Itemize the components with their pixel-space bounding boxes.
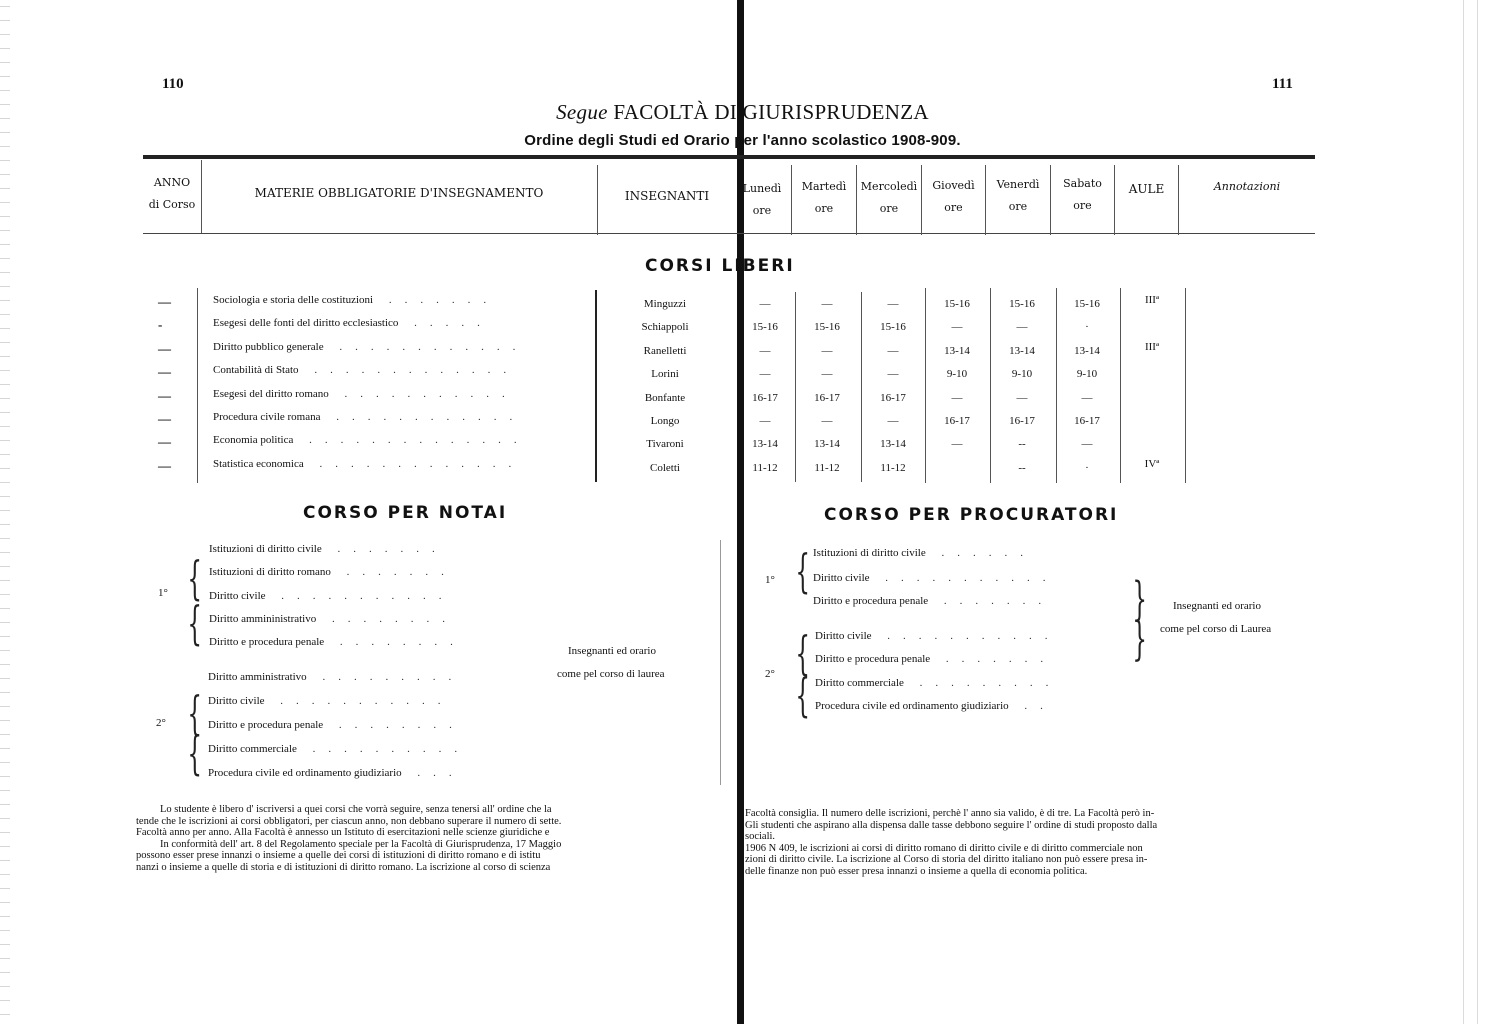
body-divider <box>795 292 796 482</box>
day-unit: ore <box>742 200 782 222</box>
notai-subject-year2: Diritto commerciale .......... <box>208 743 470 755</box>
subject-label: Istituzioni di diritto civile <box>209 543 322 555</box>
notai-note-line1: Insegnanti ed orario <box>568 645 656 657</box>
materia-cell: Sociologia e storia delle costituzioni .… <box>213 294 499 306</box>
materia-label: Procedura civile romana <box>213 411 321 423</box>
col-header-sabato: Sabato ore <box>1051 173 1114 217</box>
leader-dots: ........... <box>265 695 454 707</box>
hour-cell-mer: 11-12 <box>863 462 923 474</box>
hour-cell-mar: — <box>797 415 857 427</box>
col-header-aule: AULE <box>1115 178 1178 200</box>
body-divider <box>1056 288 1057 483</box>
hour-cell-mar: 15-16 <box>797 321 857 333</box>
notai-subject-year2: Procedura civile ed ordinamento giudizia… <box>208 767 465 779</box>
footnote-line: Gli studenti che aspirano alla dispensa … <box>745 820 1157 831</box>
subject-label: Diritto commerciale <box>208 743 297 755</box>
anno-cell: — <box>158 411 171 427</box>
day-unit: ore <box>792 198 856 220</box>
col-header-insegnanti: INSEGNANTI <box>597 185 737 207</box>
leader-dots: .............. <box>293 434 529 446</box>
hour-cell-gio: — <box>927 321 987 333</box>
procuratori-subject-year2: Procedura civile ed ordinamento giudizia… <box>815 700 1056 712</box>
leader-dots: ...... <box>926 547 1036 559</box>
footnote-line: sociali. <box>745 831 775 842</box>
subject-label: Diritto amministrativo <box>208 671 307 683</box>
procuratori-note-line2: come pel corso di Laurea <box>1160 623 1271 635</box>
leader-dots: ......... <box>904 677 1062 689</box>
leader-dots: ........... <box>872 630 1061 642</box>
hour-cell-gio: 15-16 <box>927 298 987 310</box>
notai-subject-year2: Diritto amministrativo ......... <box>208 671 464 683</box>
body-divider <box>861 292 862 482</box>
leader-dots: ........ <box>323 719 465 731</box>
hour-cell-lun: 13-14 <box>735 438 795 450</box>
footnote-line: Facoltà consiglia. Il numero delle iscri… <box>745 808 1154 819</box>
materia-cell: Procedura civile romana ............ <box>213 411 525 423</box>
col-header-venerdi: Venerdì ore <box>986 174 1050 218</box>
notai-subject-year1: Diritto e procedura penale ........ <box>209 636 466 648</box>
day-name: Lunedì <box>742 178 782 200</box>
materia-label: Esegesi delle fonti del diritto ecclesia… <box>213 317 398 329</box>
brace-icon: { <box>187 555 202 601</box>
day-name: Venerdì <box>986 174 1050 196</box>
leader-dots: ....... <box>930 653 1056 665</box>
leader-dots: ........... <box>266 590 455 602</box>
subject-label: Diritto e procedura penale <box>813 595 928 607</box>
body-divider <box>990 288 991 483</box>
insegnante-cell: Bonfante <box>630 392 700 404</box>
insegnante-cell: Minguzzi <box>630 298 700 310</box>
materia-cell: Esegesi del diritto romano ........... <box>213 388 518 400</box>
day-name: Sabato <box>1051 173 1114 195</box>
leader-dots: ....... <box>928 595 1054 607</box>
materia-label: Sociologia e storia delle costituzioni <box>213 294 373 306</box>
leader-dots: ............. <box>299 364 520 376</box>
col-header-mercoledi: Mercoledì ore <box>857 176 921 220</box>
hour-cell-ven: -- <box>992 438 1052 450</box>
day-name: Mercoledì <box>857 176 921 198</box>
leader-dots: ....... <box>331 566 457 578</box>
insegnante-cell: Tivaroni <box>630 438 700 450</box>
leader-dots: ........ <box>324 636 466 648</box>
hour-cell-gio: — <box>927 392 987 404</box>
hour-cell-ven: 15-16 <box>992 298 1052 310</box>
hour-cell-mer: — <box>863 415 923 427</box>
leader-dots: ....... <box>373 294 499 306</box>
hour-cell-mer: — <box>863 298 923 310</box>
materia-label: Economia politica <box>213 434 293 446</box>
hour-cell-mer: 16-17 <box>863 392 923 404</box>
subject-label: Procedura civile ed ordinamento giudizia… <box>208 767 402 779</box>
leader-dots: .......... <box>297 743 470 755</box>
procuratori-year2-label: 2° <box>765 668 775 680</box>
hour-cell-sab: · <box>1057 321 1117 333</box>
brace-icon: { <box>795 672 810 718</box>
day-unit: ore <box>1051 195 1114 217</box>
hour-cell-mer: 13-14 <box>863 438 923 450</box>
col-header-anno: ANNO di Corso <box>143 172 201 216</box>
body-divider <box>197 288 198 483</box>
hour-cell-sab: 15-16 <box>1057 298 1117 310</box>
hour-cell-lun: — <box>735 368 795 380</box>
body-divider <box>925 288 926 483</box>
page-number-left: 110 <box>162 76 184 93</box>
materia-label: Diritto pubblico generale <box>213 341 324 353</box>
aula-cell: IIIª <box>1122 341 1182 353</box>
anno-cell: — <box>158 341 171 357</box>
notai-subject-year2: Diritto e procedura penale ........ <box>208 719 465 731</box>
hour-cell-mer: 15-16 <box>863 321 923 333</box>
hour-cell-gio: — <box>927 438 987 450</box>
hour-cell-mar: 13-14 <box>797 438 857 450</box>
subject-label: Diritto e procedura penale <box>815 653 930 665</box>
procuratori-subject-year2: Diritto commerciale ......... <box>815 677 1061 689</box>
anno-cell: — <box>158 434 171 450</box>
hour-cell-mer: — <box>863 368 923 380</box>
hour-cell-mar: — <box>797 345 857 357</box>
subject-label: Procedura civile ed ordinamento giudizia… <box>815 700 1009 712</box>
subject-label: Diritto e procedura penale <box>209 636 324 648</box>
section-title-corsi-liberi: CORSI LIBERI <box>645 256 795 276</box>
anno-label: ANNO <box>143 172 201 194</box>
header-divider <box>1114 165 1115 235</box>
procuratori-note-line1: Insegnanti ed orario <box>1173 600 1261 612</box>
body-divider <box>1185 288 1186 483</box>
hour-cell-gio: 9-10 <box>927 368 987 380</box>
col-header-giovedi: Giovedì ore <box>922 175 985 219</box>
materia-cell: Contabilità di Stato ............. <box>213 364 519 376</box>
day-unit: ore <box>922 197 985 219</box>
subject-label: Diritto civile <box>208 695 265 707</box>
footnote-line: zioni di diritto civile. La iscrizione a… <box>745 854 1147 865</box>
insegnante-cell: Longo <box>630 415 700 427</box>
hour-cell-lun: 16-17 <box>735 392 795 404</box>
aula-cell: IIIª <box>1122 294 1182 306</box>
hour-cell-ven: 13-14 <box>992 345 1052 357</box>
section-title-corso-procuratori: CORSO PER PROCURATORI <box>824 505 1118 525</box>
hour-cell-sab: 16-17 <box>1057 415 1117 427</box>
procuratori-subject-year1: Istituzioni di diritto civile ...... <box>813 547 1036 559</box>
materia-cell: Diritto pubblico generale ............ <box>213 341 528 353</box>
leader-dots: ............. <box>304 458 525 470</box>
page-number-right: 111 <box>1272 76 1293 93</box>
leader-dots: ............ <box>324 341 529 353</box>
subject-label: Diritto civile <box>813 572 870 584</box>
leader-dots: ........... <box>870 572 1059 584</box>
hour-cell-mar: 16-17 <box>797 392 857 404</box>
materia-cell: Statistica economica ............. <box>213 458 524 470</box>
right-page-edge <box>1455 0 1485 1024</box>
anno-cell: — <box>158 364 171 380</box>
footnote-line: Facoltà anno per anno. Alla Facoltà è an… <box>136 827 549 838</box>
hour-cell-lun: 11-12 <box>735 462 795 474</box>
procuratori-year1-label: 1° <box>765 574 775 586</box>
subject-label: Diritto civile <box>209 590 266 602</box>
hour-cell-ven: — <box>992 321 1052 333</box>
hour-cell-mar: 11-12 <box>797 462 857 474</box>
hour-cell-ven: 9-10 <box>992 368 1052 380</box>
materia-cell: Economia politica .............. <box>213 434 530 446</box>
hour-cell-sab: — <box>1057 392 1117 404</box>
day-unit: ore <box>986 196 1050 218</box>
subject-label: Istituzioni di diritto civile <box>813 547 926 559</box>
notai-subject-year1: Diritto civile ........... <box>209 590 455 602</box>
insegnante-cell: Coletti <box>630 462 700 474</box>
left-page-edge <box>0 0 10 1024</box>
hour-cell-ven: 16-17 <box>992 415 1052 427</box>
footnote-line: possono esser prese innanzi o insieme a … <box>136 850 540 861</box>
insegnante-cell: Schiappoli <box>630 321 700 333</box>
brace-icon: { <box>795 548 810 594</box>
anno-cell: - <box>158 317 162 333</box>
footnote-line: Lo studente è libero d' iscriversi a que… <box>160 804 552 815</box>
day-name: Martedì <box>792 176 856 198</box>
notai-divider <box>720 540 721 785</box>
brace-icon: { <box>187 730 202 776</box>
hour-cell-ven: -- <box>992 462 1052 474</box>
day-name: Giovedì <box>922 175 985 197</box>
notai-subject-year2: Diritto civile ........... <box>208 695 454 707</box>
leader-dots: ........... <box>329 388 518 400</box>
header-rule-bottom <box>143 233 1315 234</box>
brace-icon: { <box>1132 620 1147 666</box>
leader-dots: ........ <box>316 613 458 625</box>
col-header-materie: MATERIE OBBLIGATORIE D'INSEGNAMENTO <box>201 182 597 204</box>
hour-cell-sab: — <box>1057 438 1117 450</box>
subject-label: Diritto civile <box>815 630 872 642</box>
hour-cell-lun: — <box>735 415 795 427</box>
day-unit: ore <box>857 198 921 220</box>
procuratori-subject-year1: Diritto civile ........... <box>813 572 1059 584</box>
footnote-line: delle finanze non può esser presa innanz… <box>745 866 1087 877</box>
materia-label: Statistica economica <box>213 458 304 470</box>
hour-cell-gio: 16-17 <box>927 415 987 427</box>
notai-subject-year1: Istituzioni di diritto civile ....... <box>209 543 448 555</box>
hour-cell-lun: 15-16 <box>735 321 795 333</box>
notai-subject-year1: Istituzioni di diritto romano ....... <box>209 566 457 578</box>
hour-cell-sab: 13-14 <box>1057 345 1117 357</box>
hour-cell-ven: — <box>992 392 1052 404</box>
hour-cell-mer: — <box>863 345 923 357</box>
subject-label: Diritto e procedura penale <box>208 719 323 731</box>
insegnante-cell: Lorini <box>630 368 700 380</box>
notai-year2-label: 2° <box>156 717 166 729</box>
insegnante-cell: Ranelletti <box>630 345 700 357</box>
di-corso-label: di Corso <box>143 194 201 216</box>
notai-year1-label: 1° <box>158 587 168 599</box>
aula-cell: IVª <box>1122 458 1182 470</box>
header-rule-top <box>143 155 1315 159</box>
hour-cell-mar: — <box>797 298 857 310</box>
notai-subject-year1: Diritto ammininistrativo ........ <box>209 613 458 625</box>
brace-icon: { <box>187 600 202 646</box>
hour-cell-sab: 9-10 <box>1057 368 1117 380</box>
col-header-martedi: Martedì ore <box>792 176 856 220</box>
title-italic: Segue <box>556 100 608 124</box>
procuratori-subject-year1: Diritto e procedura penale ....... <box>813 595 1054 607</box>
leader-dots: ..... <box>398 317 493 329</box>
procuratori-subject-year2: Diritto e procedura penale ....... <box>815 653 1056 665</box>
footnote-line: tende che le iscrizioni ai corsi obbliga… <box>136 816 561 827</box>
materia-label: Esegesi del diritto romano <box>213 388 329 400</box>
subject-label: Diritto ammininistrativo <box>209 613 316 625</box>
anno-cell: — <box>158 458 171 474</box>
footnote-line: 1906 N 409, le iscrizioni ai corsi di di… <box>745 843 1143 854</box>
leader-dots: ... <box>402 767 465 779</box>
footnote-line: nanzi o insieme a quelle di storia e di … <box>136 862 550 873</box>
procuratori-subject-year2: Diritto civile ........... <box>815 630 1061 642</box>
subject-label: Istituzioni di diritto romano <box>209 566 331 578</box>
col-header-annotazioni: Annotazioni <box>1179 176 1315 198</box>
materia-cell: Esegesi delle fonti del diritto ecclesia… <box>213 317 493 329</box>
body-divider <box>1120 288 1121 483</box>
leader-dots: .. <box>1009 700 1056 712</box>
book-gutter <box>737 0 744 1024</box>
materia-label: Contabilità di Stato <box>213 364 299 376</box>
col-header-lunedi: Lunedì ore <box>742 178 782 222</box>
leader-dots: ............ <box>321 411 526 423</box>
hour-cell-lun: — <box>735 345 795 357</box>
section-title-corso-notai: CORSO PER NOTAI <box>303 503 507 523</box>
hour-cell-gio: 13-14 <box>927 345 987 357</box>
page-subtitle: Ordine degli Studi ed Orario per l'anno … <box>0 132 1485 149</box>
leader-dots: ......... <box>307 671 465 683</box>
title-main: FACOLTÀ DI GIURISPRUDENZA <box>613 100 929 124</box>
anno-cell: — <box>158 294 171 310</box>
anno-cell: — <box>158 388 171 404</box>
footnote-line: In conformità dell' art. 8 del Regolamen… <box>160 839 561 850</box>
body-divider <box>595 290 597 482</box>
leader-dots: ....... <box>322 543 448 555</box>
hour-cell-lun: — <box>735 298 795 310</box>
subject-label: Diritto commerciale <box>815 677 904 689</box>
hour-cell-sab: · <box>1057 462 1117 474</box>
page-title: Segue FACOLTÀ DI GIURISPRUDENZA <box>0 100 1485 125</box>
notai-note-line2: come pel corso di laurea <box>557 668 665 680</box>
hour-cell-mar: — <box>797 368 857 380</box>
